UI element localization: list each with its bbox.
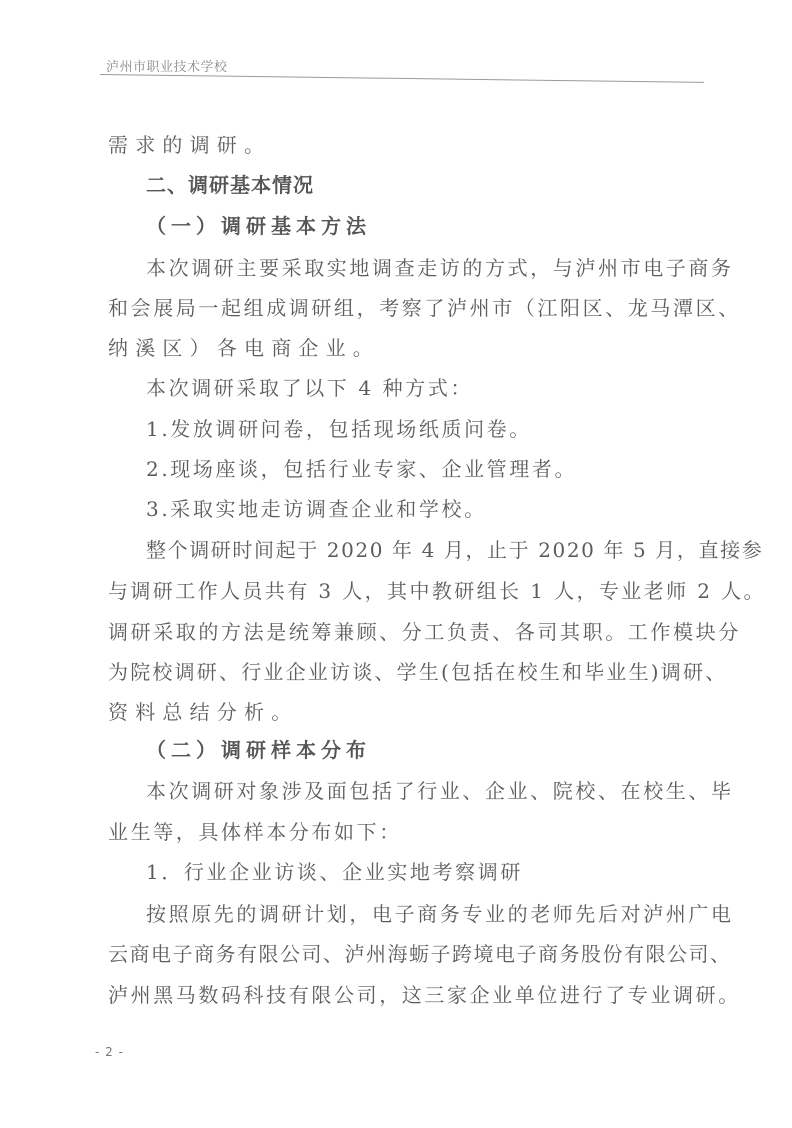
page-number: - 2 - <box>95 1045 124 1059</box>
school-name-header: 泸州市职业技术学校 <box>106 56 228 75</box>
subsection-heading: （二）调研样本分布 <box>146 738 371 762</box>
paragraph-line: 本次调研对象涉及面包括了行业、企业、院校、在校生、毕 <box>146 779 734 803</box>
subsection-heading: （一）调研基本方法 <box>146 214 371 238</box>
list-item: 3.采取实地走访调查企业和学校。 <box>146 497 487 521</box>
paragraph-line: 本次调研主要采取实地调查走访的方式，与泸州市电子商务 <box>146 256 734 280</box>
paragraph-line: 为院校调研、行业企业访谈、学生(包括在校生和毕业生)调研、 <box>108 660 727 684</box>
paragraph-line: 整个调研时间起于 2020 年 4 月，止于 2020 年 5 月，直接参 <box>146 538 763 562</box>
list-item: 1.发放调研问卷，包括现场纸质问卷。 <box>146 417 532 441</box>
paragraph-line: 与调研工作人员共有 3 人，其中教研组长 1 人，专业老师 2 人。 <box>108 579 766 603</box>
header-divider <box>100 74 704 83</box>
paragraph-line: 和会展局一起组成调研组，考察了泸州市（江阳区、龙马潭区、 <box>108 296 741 320</box>
paragraph-line: 业生等，具体样本分布如下： <box>108 820 402 844</box>
paragraph-line: 本次调研采取了以下 4 种方式： <box>146 376 473 400</box>
paragraph-line: 按照原先的调研计划，电子商务专业的老师先后对泸州广电 <box>146 902 734 926</box>
section-heading: 二、调研基本情况 <box>146 173 314 197</box>
paragraph-line: 资料总结分析。 <box>108 700 298 724</box>
paragraph-line: 云商电子商务有限公司、泸州海蛎子跨境电子商务股份有限公司、 <box>108 942 732 966</box>
list-item: 2.现场座谈，包括行业专家、企业管理者。 <box>146 457 577 481</box>
numbered-heading: 1．行业企业访谈、企业实地考察调研 <box>146 860 523 884</box>
paragraph-line: 纳溪区）各电商企业。 <box>108 336 380 360</box>
paragraph-line: 泸州黑马数码科技有限公司，这三家企业单位进行了专业调研。 <box>108 983 741 1007</box>
paragraph-line: 需求的调研。 <box>108 133 271 157</box>
paragraph-line: 调研采取的方法是统筹兼顾、分工负责、各司其职。工作模块分 <box>108 620 741 644</box>
